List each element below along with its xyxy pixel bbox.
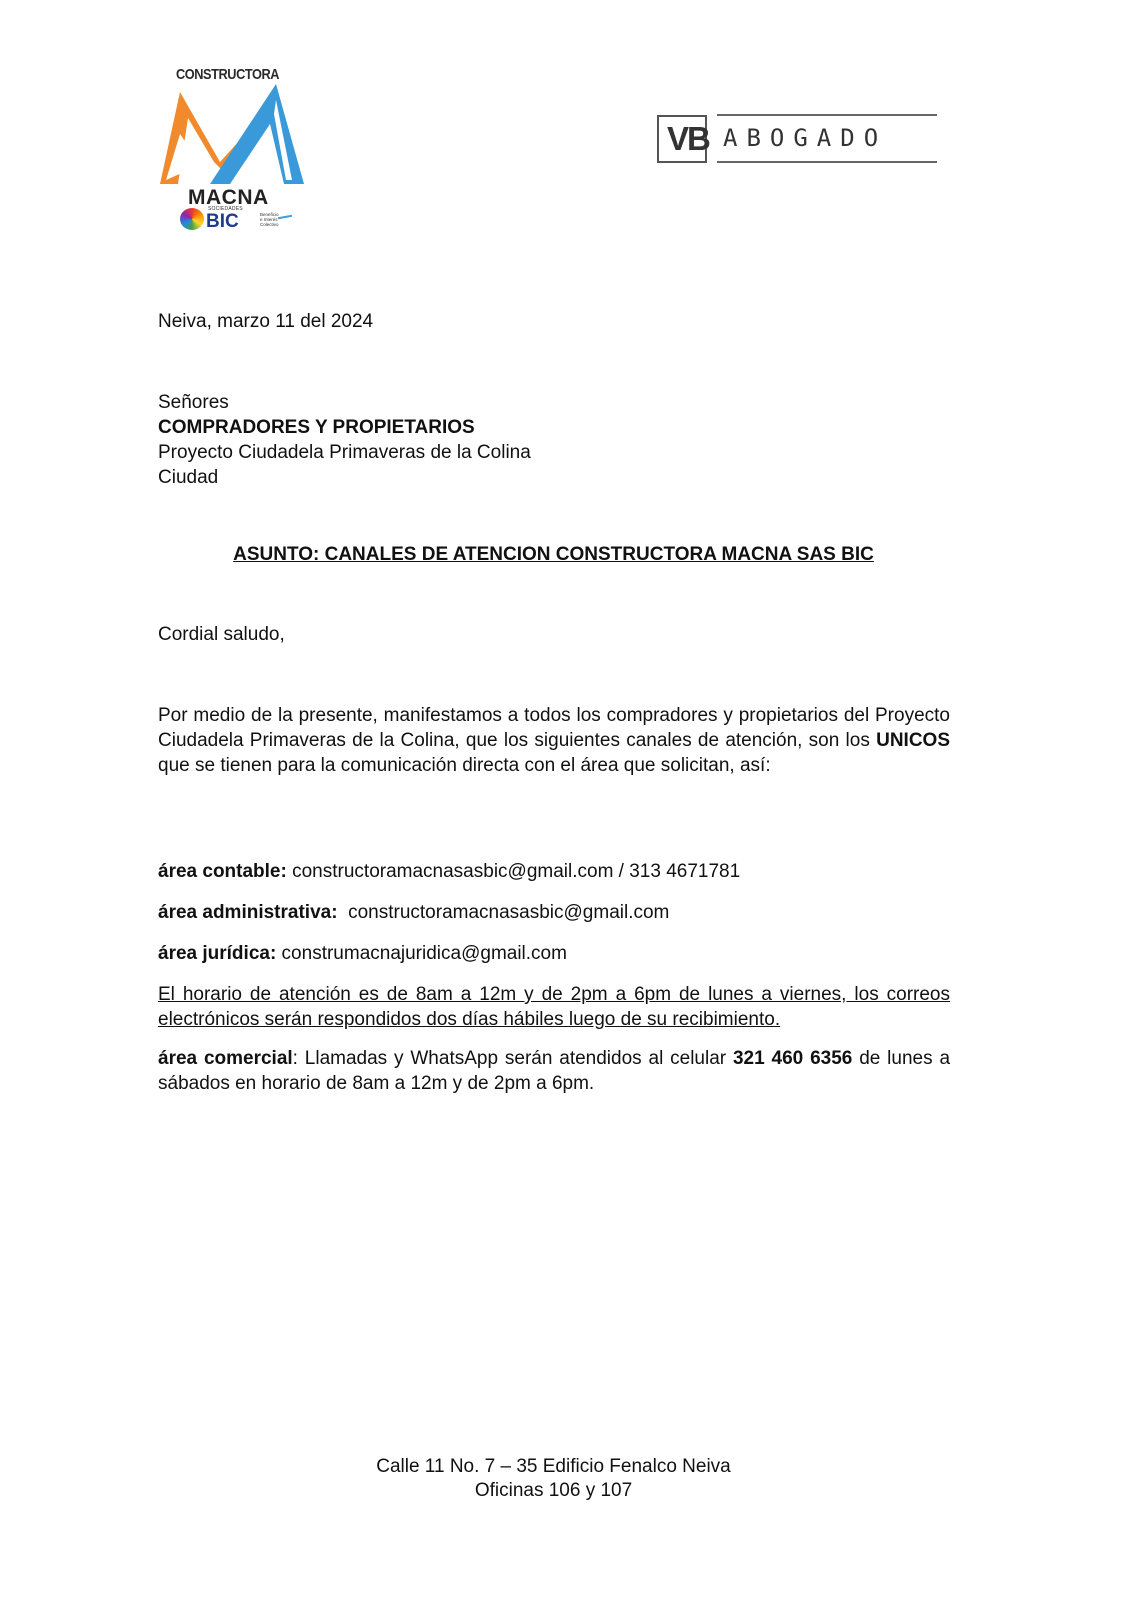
contact-administrativa: área administrativa: constructoramacnasa… [158,900,950,925]
letter-body: Por medio de la presente, manifestamos a… [158,703,950,778]
bic-word: BIC [206,211,239,233]
recipient-city: Ciudad [158,465,531,490]
hours-note: El horario de atención es de 8am a 12m y… [158,982,950,1032]
footer-line1: Calle 11 No. 7 – 35 Edificio Fenalco Nei… [0,1455,1107,1479]
macna-m-mark-icon [158,84,306,188]
body-part1: Por medio de la presente, manifestamos a… [158,705,950,751]
contact-contable: área contable: constructoramacnasasbic@g… [158,859,950,884]
letter-date: Neiva, marzo 11 del 2024 [158,309,373,334]
vb-rule-bottom [717,161,937,163]
body-part2: que se tienen para la comunicación direc… [158,755,771,776]
contact-label: área contable: [158,861,287,882]
contact-label: área administrativa: [158,902,338,923]
footer-address: Calle 11 No. 7 – 35 Edificio Fenalco Nei… [0,1455,1107,1503]
letter-greeting: Cordial saludo, [158,622,285,647]
footer-line2: Oficinas 106 y 107 [0,1479,1107,1503]
vb-initials: VB [667,120,709,158]
recipient-block: Señores COMPRADORES Y PROPIETARIOS Proye… [158,390,531,490]
recipient-salutation: Señores [158,390,531,415]
contact-juridica: área jurídica: construmacnajuridica@gmai… [158,941,950,966]
bic-badge: SOCIEDADES BIC Beneficio e Interés Colec… [180,206,290,232]
vb-word: ABOGADO [723,124,887,152]
contact-value[interactable]: construmacnajuridica@gmail.com [276,943,567,964]
vb-rule-top [717,114,937,116]
bic-subtitle: Beneficio e Interés Colectivo [260,212,282,227]
body-emphasis: UNICOS [876,730,950,751]
commercial-text1: : Llamadas y WhatsApp serán atendidos al… [293,1048,733,1069]
recipient-group: COMPRADORES Y PROPIETARIOS [158,415,531,440]
recipient-project: Proyecto Ciudadela Primaveras de la Coli… [158,440,531,465]
commercial-label: área comercial [158,1048,293,1069]
commercial-phone[interactable]: 321 460 6356 [733,1048,852,1069]
bic-swirl-icon [180,208,204,230]
letter-subject: ASUNTO: CANALES DE ATENCION CONSTRUCTORA… [0,542,1107,567]
contact-value[interactable]: constructoramacnasasbic@gmail.com / 313 … [287,861,740,882]
contact-label: área jurídica: [158,943,276,964]
constructora-macna-logo: CONSTRUCTORA MACNA SOCIEDADES BIC Benefi… [158,60,306,235]
logo-top-word: CONSTRUCTORA [176,66,279,83]
contact-value[interactable]: constructoramacnasasbic@gmail.com [338,902,670,923]
contact-comercial: área comercial: Llamadas y WhatsApp será… [158,1046,950,1096]
vb-abogado-logo: VB ABOGADO [657,112,937,166]
